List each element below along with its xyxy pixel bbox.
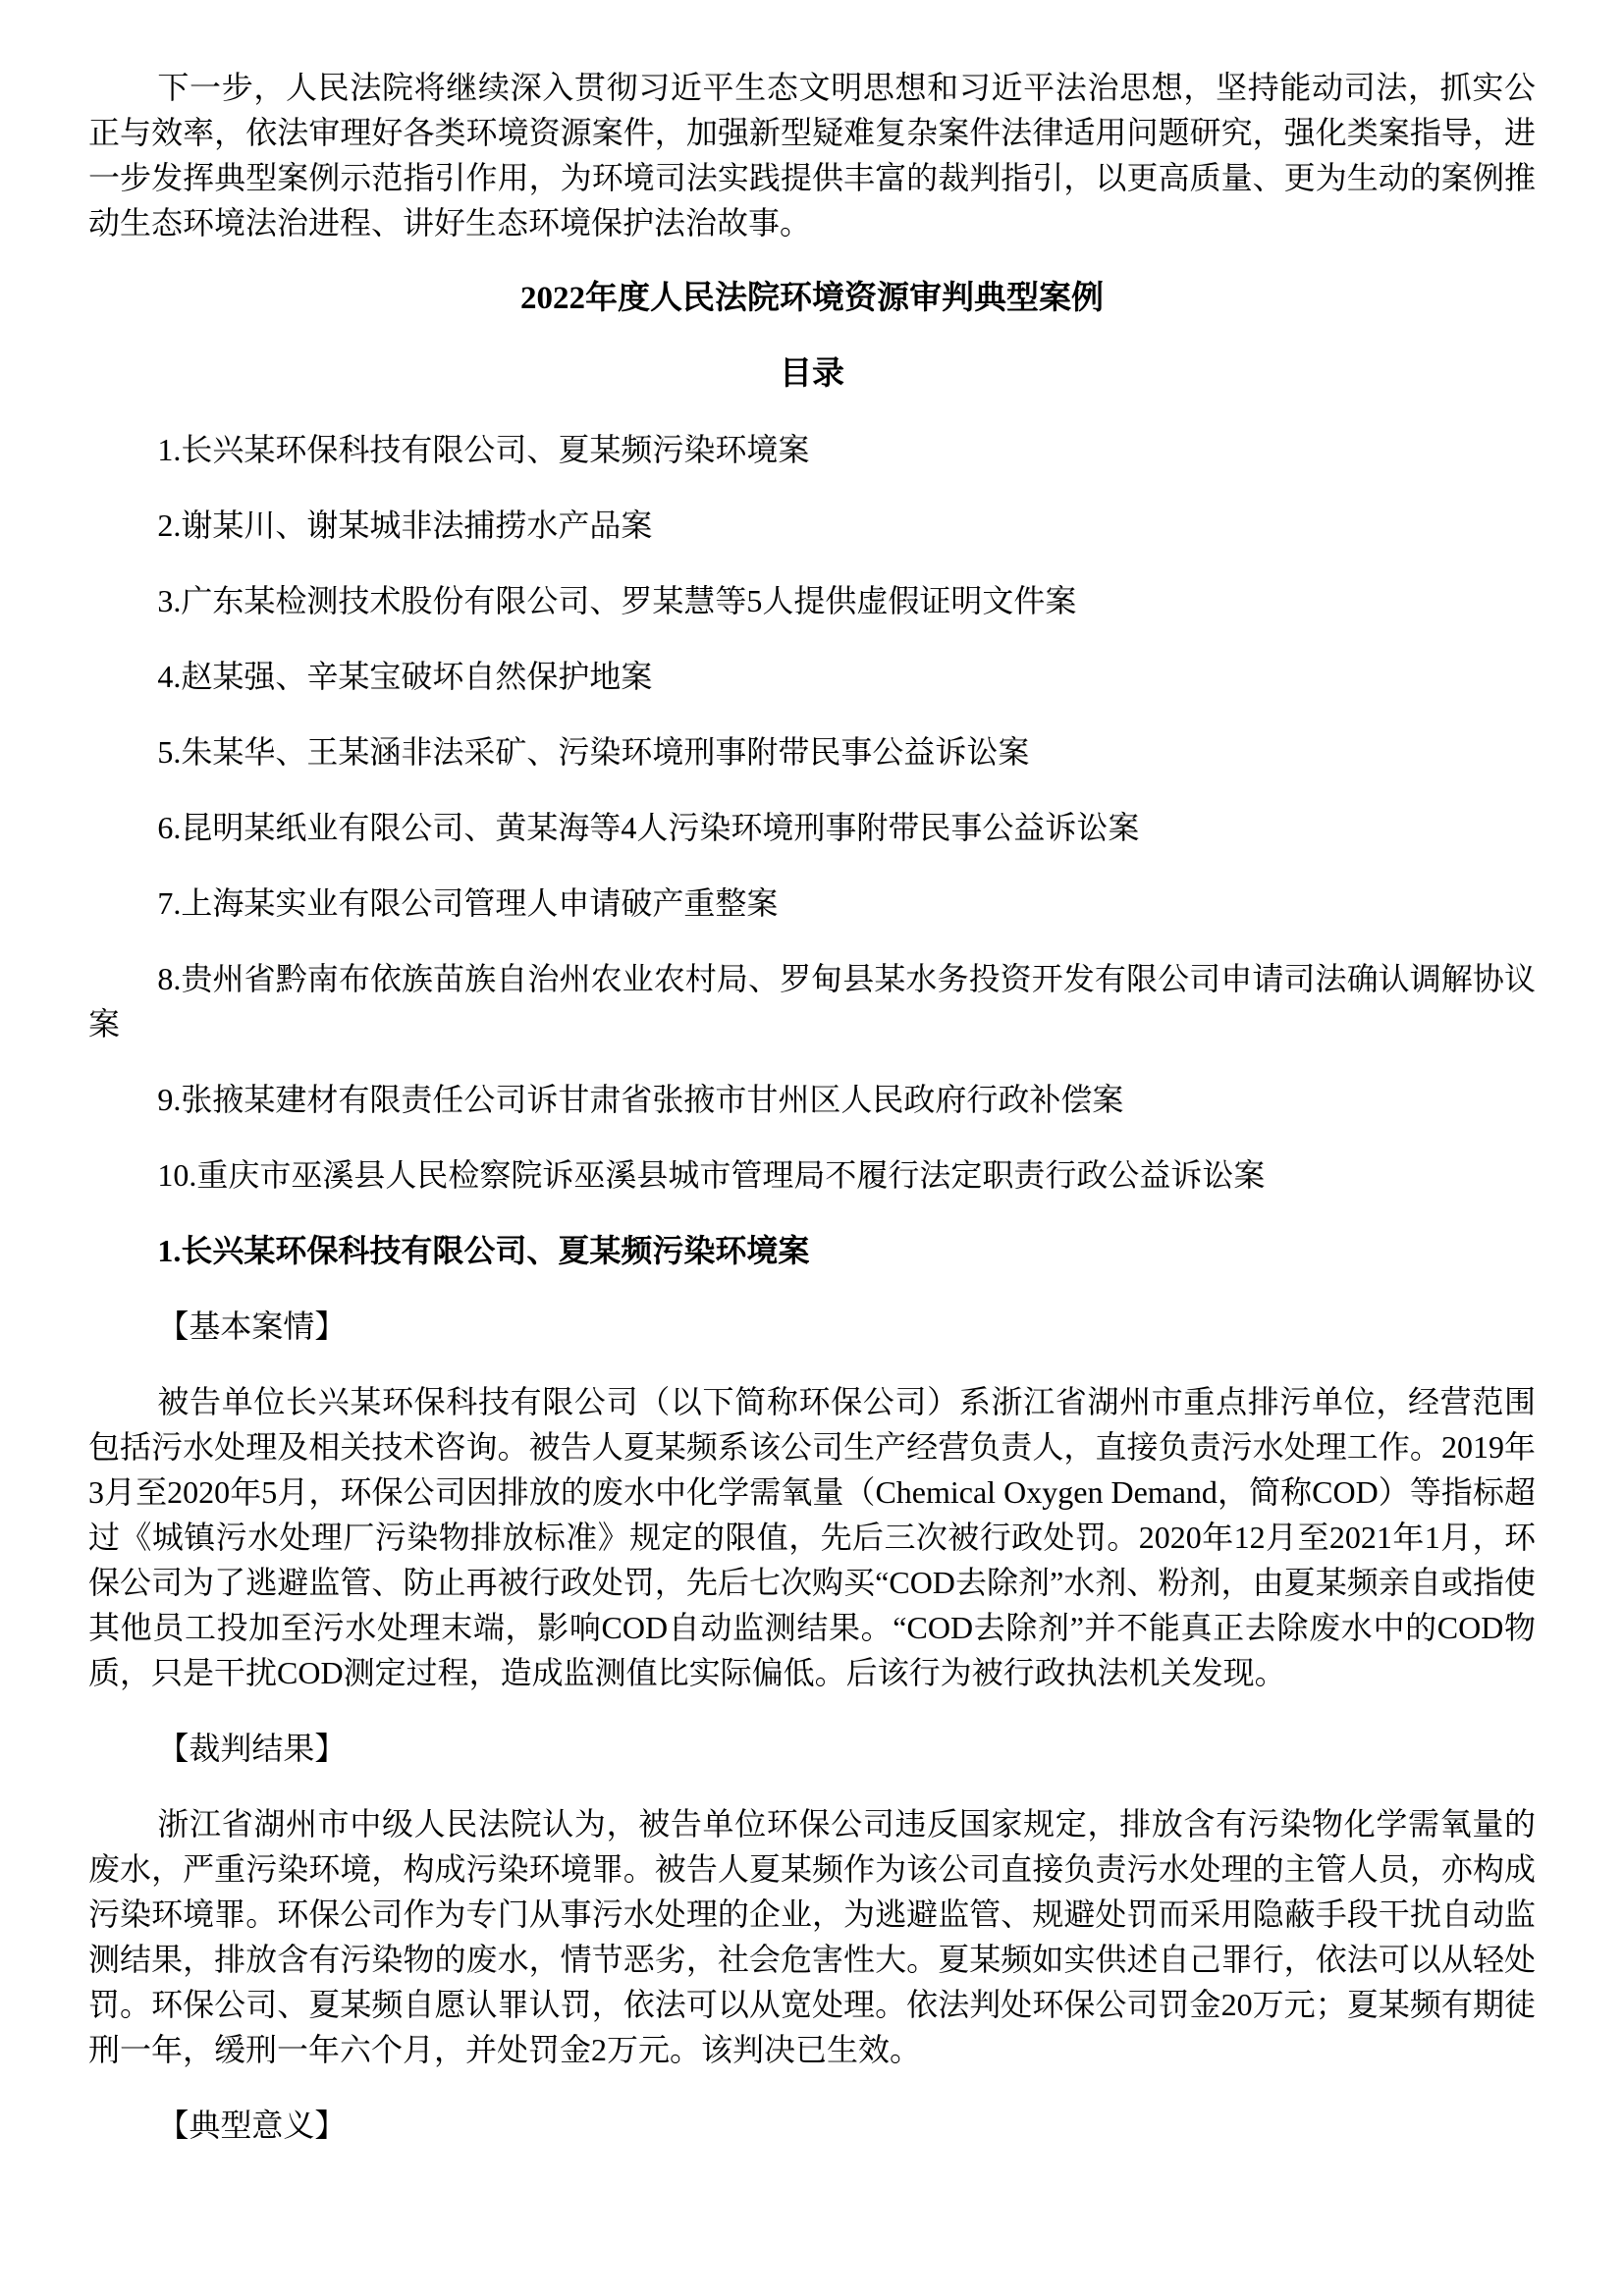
toc-item-9: 9.张掖某建材有限责任公司诉甘肃省张掖市甘州区人民政府行政补偿案 [88, 1077, 1536, 1122]
toc-item-5: 5.朱某华、王某涵非法采矿、污染环境刑事附带民事公益诉讼案 [88, 729, 1536, 774]
section-label-judgment: 【裁判结果】 [88, 1726, 1536, 1771]
toc-item-3: 3.广东某检测技术股份有限公司、罗某慧等5人提供虚假证明文件案 [88, 578, 1536, 623]
document-title: 2022年度人民法院环境资源审判典型案例 [88, 276, 1536, 321]
toc-item-6: 6.昆明某纸业有限公司、黄某海等4人污染环境刑事附带民事公益诉讼案 [88, 805, 1536, 850]
toc-item-10: 10.重庆市巫溪县人民检察院诉巫溪县城市管理局不履行法定职责行政公益诉讼案 [88, 1152, 1536, 1198]
toc-item-1: 1.长兴某环保科技有限公司、夏某频污染环境案 [88, 427, 1536, 472]
section-body-judgment: 浙江省湖州市中级人民法院认为，被告单位环保公司违反国家规定，排放含有污染物化学需… [88, 1801, 1536, 2072]
case1-heading: 1.长兴某环保科技有限公司、夏某频污染环境案 [88, 1228, 1536, 1273]
toc-item-8: 8.贵州省黔南布依族苗族自治州农业农村局、罗甸县某水务投资开发有限公司申请司法确… [88, 956, 1536, 1046]
toc-item-2: 2.谢某川、谢某城非法捕捞水产品案 [88, 503, 1536, 548]
section-label-basic-facts: 【基本案情】 [88, 1304, 1536, 1349]
document-page: 下一步，人民法院将继续深入贯彻习近平生态文明思想和习近平法治思想，坚持能动司法，… [0, 0, 1624, 2296]
toc-heading: 目录 [88, 351, 1536, 397]
section-label-significance: 【典型意义】 [88, 2103, 1536, 2148]
section-body-basic-facts: 被告单位长兴某环保科技有限公司（以下简称环保公司）系浙江省湖州市重点排污单位，经… [88, 1379, 1536, 1695]
toc-item-7: 7.上海某实业有限公司管理人申请破产重整案 [88, 881, 1536, 926]
toc-item-4: 4.赵某强、辛某宝破坏自然保护地案 [88, 654, 1536, 699]
intro-paragraph: 下一步，人民法院将继续深入贯彻习近平生态文明思想和习近平法治思想，坚持能动司法，… [88, 65, 1536, 245]
